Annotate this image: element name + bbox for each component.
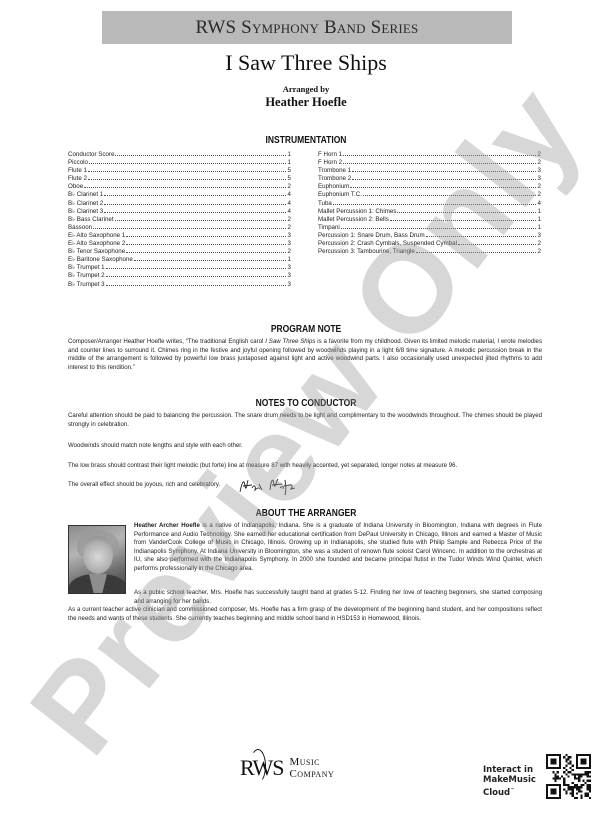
instrument-row: Flute 25 bbox=[68, 175, 291, 183]
instrument-name: Percussion 1: Snare Drum, Bass Drum bbox=[318, 232, 425, 240]
dot-leader bbox=[126, 248, 286, 253]
part-count: 2 bbox=[537, 240, 541, 248]
conductor-note-4: The overall effect should be joyous, ric… bbox=[68, 481, 238, 490]
instrument-row: B♭ Clarinet 34 bbox=[68, 208, 291, 216]
program-note-part: Composer/Arranger Heather Hoefle writes,… bbox=[68, 338, 265, 345]
dot-leader bbox=[104, 208, 286, 213]
about-arranger-heading: ABOUT THE ARRANGER bbox=[46, 508, 566, 519]
instrument-row: Conductor Score1 bbox=[68, 151, 291, 159]
dot-leader bbox=[104, 191, 286, 196]
instrument-row: B♭ Clarinet 24 bbox=[68, 200, 291, 208]
instrument-row: F Horn 22 bbox=[318, 159, 541, 167]
part-count: 2 bbox=[537, 151, 541, 159]
instrument-name: B♭ Trumpet 2 bbox=[68, 272, 105, 280]
arranger-name: Heather Hoefle bbox=[0, 95, 612, 110]
arranger-bio-paragraph-2b: As a current teacher active clinician an… bbox=[68, 606, 542, 623]
company-name-line-2: Company bbox=[289, 768, 334, 780]
dot-leader bbox=[363, 191, 536, 196]
dot-leader bbox=[88, 167, 286, 172]
interact-line-3: Cloud bbox=[483, 788, 510, 798]
dot-leader bbox=[89, 159, 286, 164]
part-count: 3 bbox=[537, 175, 541, 183]
arranger-bio-paragraph-1: Heather Archer Hoefle is a native of Ind… bbox=[134, 522, 542, 574]
part-count: 3 bbox=[537, 232, 541, 240]
instrumentation-left-column: Conductor Score1Piccolo1Flute 15Flute 25… bbox=[68, 151, 291, 289]
company-name: Music Company bbox=[289, 756, 334, 780]
dot-leader bbox=[333, 200, 536, 205]
instrument-row: B♭ Trumpet 23 bbox=[68, 272, 291, 280]
instrument-name: B♭ Clarinet 2 bbox=[68, 200, 103, 208]
part-count: 1 bbox=[287, 256, 291, 264]
makemusic-cloud-callout: Interact in MakeMusic Cloud™ bbox=[483, 765, 545, 798]
rws-monogram: RWS bbox=[240, 755, 283, 781]
part-count: 2 bbox=[537, 191, 541, 199]
part-count: 2 bbox=[287, 224, 291, 232]
part-count: 3 bbox=[537, 167, 541, 175]
part-count: 4 bbox=[287, 208, 291, 216]
instrument-row: Flute 15 bbox=[68, 167, 291, 175]
instrument-row: Bassoon2 bbox=[68, 224, 291, 232]
instrument-name: Tuba bbox=[318, 200, 332, 208]
qr-code-icon[interactable] bbox=[546, 753, 591, 800]
series-banner: RWS Symphony Band Series bbox=[102, 11, 512, 44]
arranger-photo bbox=[68, 525, 126, 594]
part-count: 2 bbox=[287, 248, 291, 256]
instrument-row: B♭ Trumpet 33 bbox=[68, 281, 291, 289]
part-count: 2 bbox=[287, 216, 291, 224]
dot-leader bbox=[93, 224, 286, 229]
instrument-name: B♭ Trumpet 3 bbox=[68, 281, 105, 289]
instrument-name: E♭ Alto Saxophone 2 bbox=[68, 240, 125, 248]
part-count: 1 bbox=[537, 216, 541, 224]
dot-leader bbox=[126, 240, 286, 245]
dot-leader bbox=[350, 183, 536, 188]
instrument-name: B♭ Tenor Saxophone bbox=[68, 248, 125, 256]
instrument-name: Flute 2 bbox=[68, 175, 87, 183]
dot-leader bbox=[343, 159, 536, 164]
instrument-name: Mallet Percussion 1: Chimes bbox=[318, 208, 396, 216]
instrument-name: B♭ Clarinet 3 bbox=[68, 208, 103, 216]
conductor-note-2: Woodwinds should match note lengths and … bbox=[68, 442, 542, 451]
program-note-title-italic: I Saw Three Ships bbox=[265, 338, 315, 345]
dot-leader bbox=[88, 175, 286, 180]
part-count: 3 bbox=[287, 232, 291, 240]
instrument-row: Trombone 13 bbox=[318, 167, 541, 175]
bio-text: is a native of Indianapolis, Indiana. Sh… bbox=[134, 522, 542, 572]
rws-music-company-logo: RWS Music Company bbox=[240, 755, 334, 781]
instrument-row: Euphonium2 bbox=[318, 183, 541, 191]
instrument-name: Percussion 3: Tambourine, Triangle bbox=[318, 248, 415, 256]
instrument-row: Euphonium T.C.2 bbox=[318, 191, 541, 199]
instrument-name: Conductor Score bbox=[68, 151, 114, 159]
instrument-name: Timpani bbox=[318, 224, 340, 232]
part-count: 4 bbox=[537, 200, 541, 208]
part-count: 5 bbox=[287, 175, 291, 183]
dot-leader bbox=[352, 175, 536, 180]
instrument-name: F Horn 1 bbox=[318, 151, 342, 159]
instrument-row: E♭ Alto Saxophone 23 bbox=[68, 240, 291, 248]
instrument-row: B♭ Bass Clarinet2 bbox=[68, 216, 291, 224]
instrument-row: B♭ Trumpet 13 bbox=[68, 264, 291, 272]
instrument-row: Piccolo1 bbox=[68, 159, 291, 167]
instrument-name: Mallet Percussion 2: Bells bbox=[318, 216, 389, 224]
instrument-name: B♭ Trumpet 1 bbox=[68, 264, 105, 272]
instrument-row: Percussion 1: Snare Drum, Bass Drum3 bbox=[318, 232, 541, 240]
instrument-row: Timpani1 bbox=[318, 224, 541, 232]
part-count: 2 bbox=[537, 183, 541, 191]
instrumentation-right-column: F Horn 12F Horn 22Trombone 13Trombone 23… bbox=[318, 151, 541, 256]
program-note-text: Composer/Arranger Heather Hoefle writes,… bbox=[68, 338, 542, 372]
part-count: 2 bbox=[537, 159, 541, 167]
part-count: 3 bbox=[287, 240, 291, 248]
dot-leader bbox=[390, 216, 536, 221]
part-count: 3 bbox=[287, 281, 291, 289]
part-count: 2 bbox=[287, 183, 291, 191]
part-count: 4 bbox=[287, 191, 291, 199]
instrument-name: F Horn 2 bbox=[318, 159, 342, 167]
piece-title: I Saw Three Ships bbox=[0, 50, 612, 76]
instrument-name: Percussion 2: Crash Cymbals, Suspended C… bbox=[318, 240, 457, 248]
part-count: 5 bbox=[287, 167, 291, 175]
instrument-row: Oboe2 bbox=[68, 183, 291, 191]
notes-to-conductor-heading: NOTES TO CONDUCTOR bbox=[46, 398, 566, 409]
dot-leader bbox=[104, 200, 286, 205]
instrument-row: F Horn 12 bbox=[318, 151, 541, 159]
dot-leader bbox=[126, 232, 286, 237]
company-name-line-1: Music bbox=[289, 756, 334, 768]
instrument-row: Trombone 23 bbox=[318, 175, 541, 183]
instrument-name: Flute 1 bbox=[68, 167, 87, 175]
dot-leader bbox=[397, 208, 536, 213]
program-note-heading: PROGRAM NOTE bbox=[46, 324, 566, 335]
part-count: 2 bbox=[537, 248, 541, 256]
part-count: 1 bbox=[537, 208, 541, 216]
interact-line-2: MakeMusic bbox=[483, 775, 545, 785]
part-count: 3 bbox=[287, 272, 291, 280]
instrument-row: B♭ Tenor Saxophone2 bbox=[68, 248, 291, 256]
conductor-note-1: Careful attention should be paid to bala… bbox=[68, 412, 542, 429]
dot-leader bbox=[416, 248, 536, 253]
instrumentation-heading: INSTRUMENTATION bbox=[46, 135, 566, 146]
instrument-name: Euphonium T.C. bbox=[318, 191, 362, 199]
dot-leader bbox=[106, 264, 286, 269]
instrument-name: Bassoon bbox=[68, 224, 92, 232]
arranger-bio-paragraph-2a: As a public school teacher, Mrs. Hoefle … bbox=[134, 589, 542, 606]
instrument-row: Percussion 2: Crash Cymbals, Suspended C… bbox=[318, 240, 541, 248]
arranger-full-name: Heather Archer Hoefle bbox=[134, 522, 200, 529]
dot-leader bbox=[115, 151, 286, 156]
interact-line-1: Interact in bbox=[483, 765, 545, 775]
part-count: 3 bbox=[287, 264, 291, 272]
arranged-by-label: Arranged by bbox=[0, 84, 612, 94]
dot-leader bbox=[341, 224, 536, 229]
dot-leader bbox=[352, 167, 536, 172]
part-count: 4 bbox=[287, 200, 291, 208]
part-count: 1 bbox=[537, 224, 541, 232]
conductor-note-3: The low brass should contrast their ligh… bbox=[68, 462, 542, 471]
instrument-row: Mallet Percussion 1: Chimes1 bbox=[318, 208, 541, 216]
instrument-name: Trombone 1 bbox=[318, 167, 351, 175]
dot-leader bbox=[84, 183, 286, 188]
dot-leader bbox=[115, 216, 286, 221]
instrument-row: Mallet Percussion 2: Bells1 bbox=[318, 216, 541, 224]
instrument-name: Trombone 2 bbox=[318, 175, 351, 183]
instrument-row: E♭ Alto Saxophone 13 bbox=[68, 232, 291, 240]
instrument-row: E♭ Baritone Saxophone1 bbox=[68, 256, 291, 264]
part-count: 1 bbox=[287, 159, 291, 167]
instrument-row: B♭ Clarinet 14 bbox=[68, 191, 291, 199]
dot-leader bbox=[106, 281, 286, 286]
instrument-name: B♭ Clarinet 1 bbox=[68, 191, 103, 199]
instrument-name: Oboe bbox=[68, 183, 83, 191]
dot-leader bbox=[458, 240, 536, 245]
dot-leader bbox=[134, 256, 286, 261]
signature-image bbox=[238, 474, 300, 496]
instrument-name: E♭ Baritone Saxophone bbox=[68, 256, 133, 264]
instrument-name: Piccolo bbox=[68, 159, 88, 167]
instrument-row: Tuba4 bbox=[318, 200, 541, 208]
instrument-name: Euphonium bbox=[318, 183, 349, 191]
dot-leader bbox=[106, 272, 286, 277]
instrument-name: B♭ Bass Clarinet bbox=[68, 216, 114, 224]
dot-leader bbox=[343, 151, 536, 156]
instrument-name: E♭ Alto Saxophone 1 bbox=[68, 232, 125, 240]
part-count: 1 bbox=[287, 151, 291, 159]
trademark-symbol: ™ bbox=[510, 787, 514, 792]
dot-leader bbox=[426, 232, 536, 237]
instrument-row: Percussion 3: Tambourine, Triangle2 bbox=[318, 248, 541, 256]
